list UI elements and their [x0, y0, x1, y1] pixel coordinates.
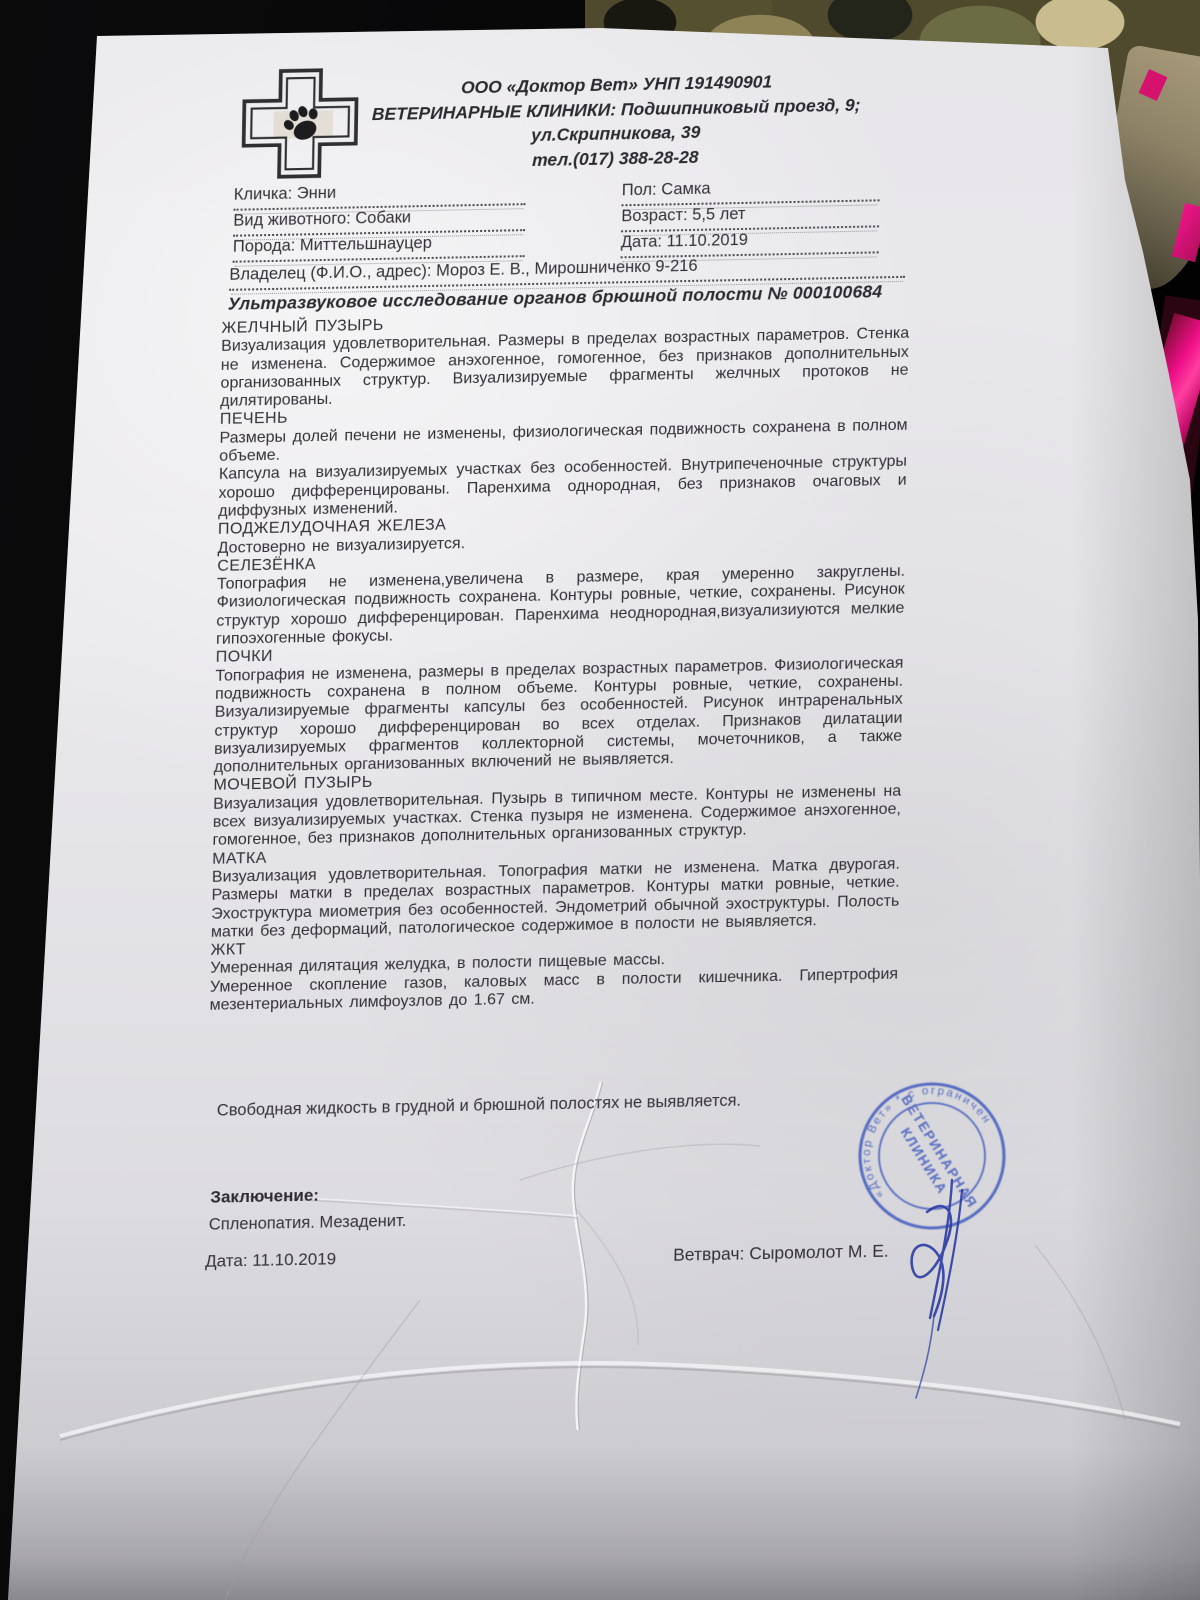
section-paragraph: Визуализация удовлетворительная. Топогра… — [211, 856, 900, 942]
patient-field-age: Возраст: 5,5 лет — [621, 202, 879, 232]
patient-field-breed: Порода: Миттельшнауцер — [233, 232, 525, 263]
document-content: ООО «Доктор Вет» УНП 191490901 ВЕТЕРИНАР… — [0, 0, 1200, 1600]
clinic-header: ООО «Доктор Вет» УНП 191490901 ВЕТЕРИНАР… — [337, 67, 895, 176]
footer-vet-name: Ветврач: Сыромолот М. Е. — [673, 1241, 889, 1266]
free-fluid-note: Свободная жидкость в грудной и брюшной п… — [217, 1092, 742, 1121]
section-paragraph: Топография не изменена,увеличена в разме… — [216, 563, 905, 649]
footer-date: Дата: 11.10.2019 — [205, 1249, 336, 1272]
section-paragraph: Визуализация удовлетворительная. Размеры… — [220, 325, 909, 411]
patient-field-sex: Пол: Самка — [622, 176, 880, 206]
report-body: ЖЕЛЧНЫЙ ПУЗЫРЬ Визуализация удовлетворит… — [210, 307, 910, 1015]
section-paragraph: Топография не изменена, размеры в предел… — [214, 654, 904, 777]
conclusion-label: Заключение: — [210, 1186, 319, 1208]
photo-scene: ООО «Доктор Вет» УНП 191490901 ВЕТЕРИНАР… — [0, 0, 1200, 1600]
conclusion-text: Спленопатия. Мезаденит. — [209, 1212, 407, 1235]
